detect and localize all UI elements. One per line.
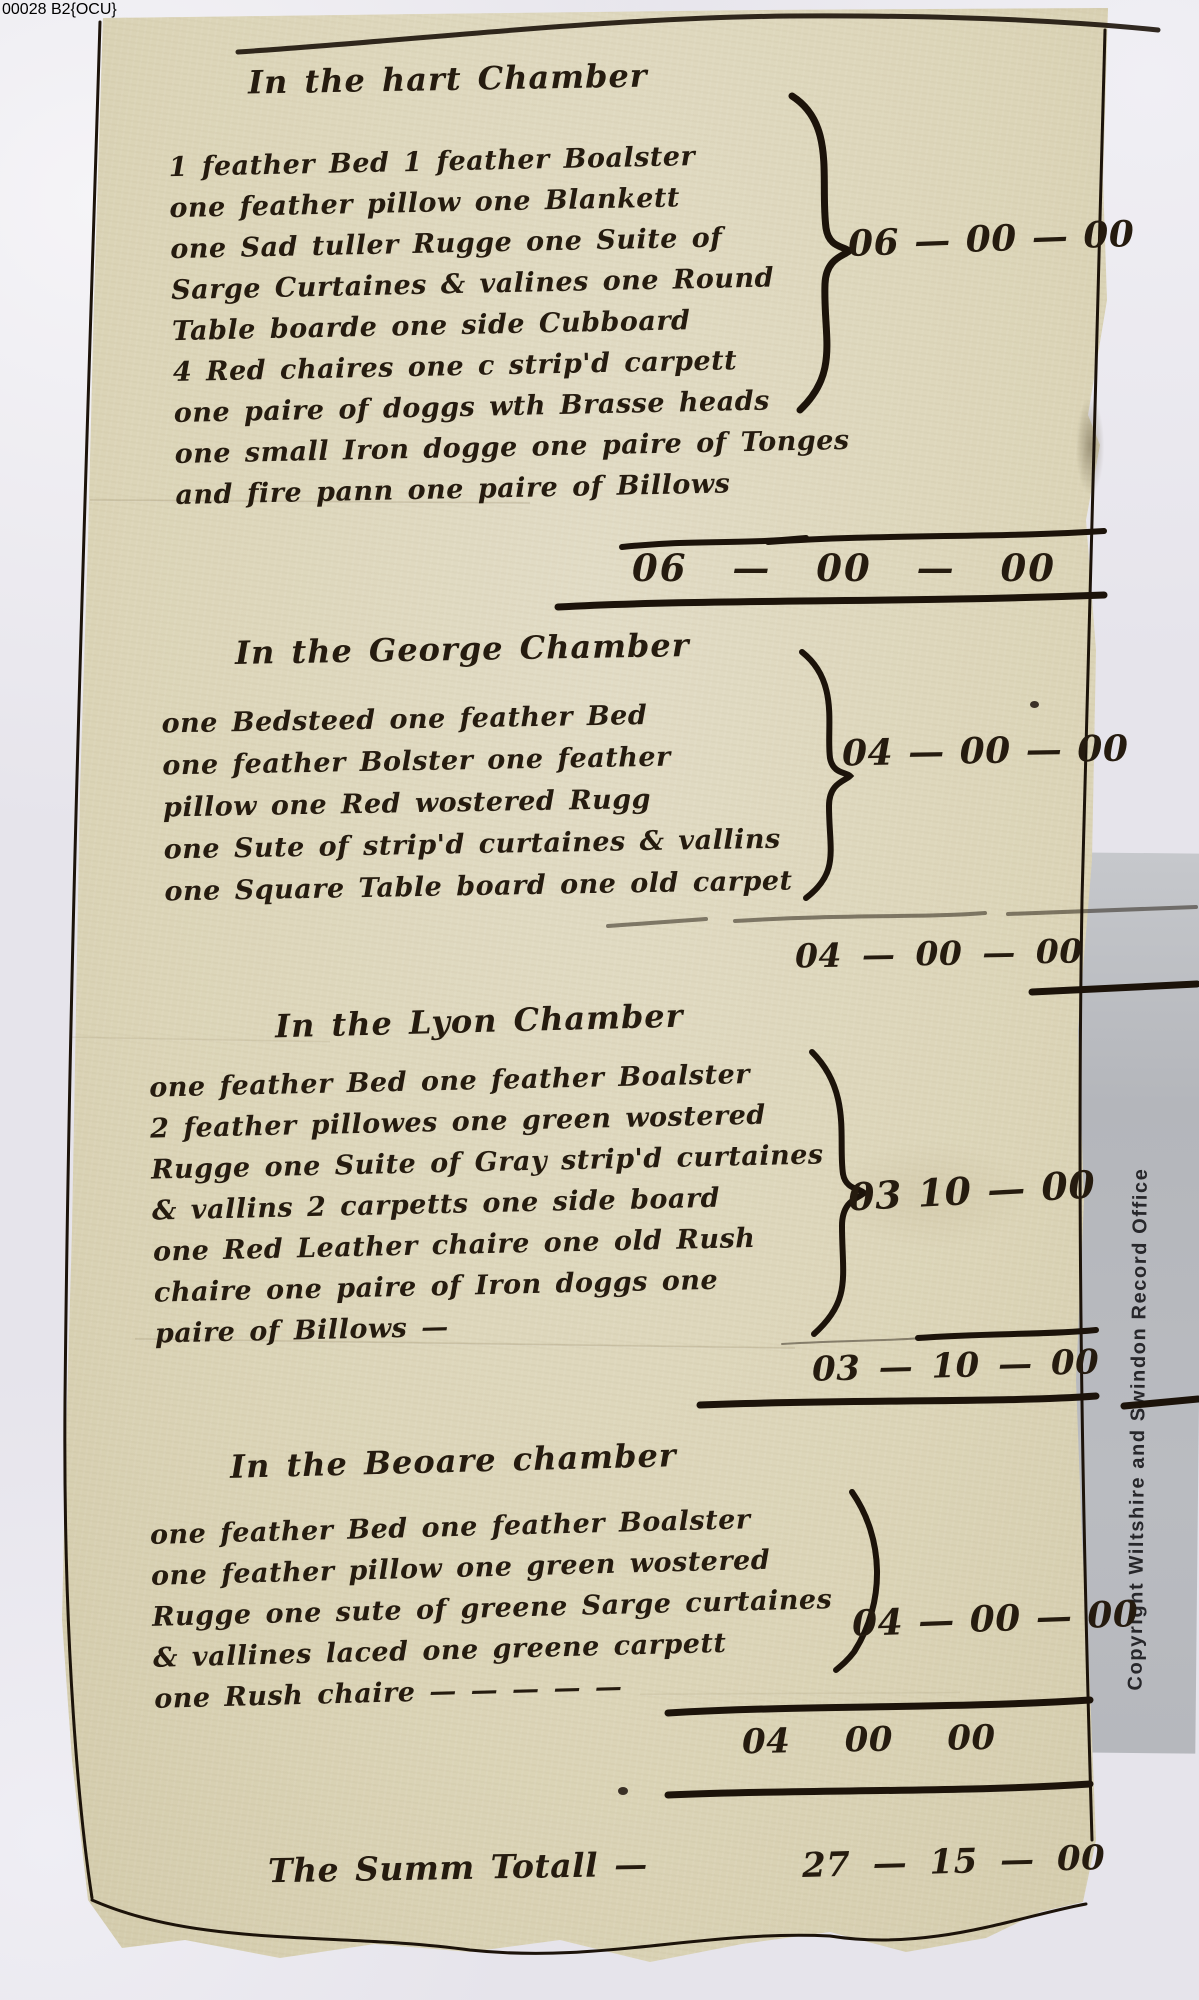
section-heading-hart: In the hart Chamber [248, 57, 648, 102]
subtotal-value-beoare: 04 00 00 [742, 1718, 996, 1762]
ink-rule-top [238, 16, 1158, 52]
section-lines-george: one Bedsteed one feather Bed one feather… [161, 693, 793, 914]
subtotal-value-george: 04 — 00 — 00 [795, 931, 1083, 975]
section-lines-beoare: one feather Bed one feather Boalster one… [149, 1497, 835, 1720]
ink-rule-subtotal3-top [918, 1330, 1096, 1338]
section-lines-lyon: one feather Bed one feather Boalster 2 f… [149, 1052, 828, 1354]
brace-mark-george [802, 652, 850, 898]
grand-total-label: The Summ Totall — [268, 1845, 648, 1891]
amount-value-george: 04 — 00 — 00 [842, 728, 1129, 775]
ink-rule-subtotal2-top [608, 907, 1196, 926]
ink-rule-beoare-topright [1124, 1399, 1198, 1406]
section-lines-hart: 1 feather Bed 1 feather Boalster one fea… [168, 133, 851, 516]
subtotal-value-hart: 06 — 00 — 00 [632, 546, 1056, 590]
section-heading-george: In the George Chamber [235, 626, 690, 672]
paper-right-edge [1080, 30, 1105, 1840]
scanned-inventory-document: 00028 B2{OCU} Copyright Wiltshire and Sw… [0, 0, 1199, 2000]
grand-total-value: 27 — 15 — 00 [802, 1838, 1106, 1886]
ink-rule-subtotal1-top2 [768, 531, 1104, 542]
ink-rule-lyon-topright [1032, 984, 1197, 992]
ink-rule-subtotal4-bottom [668, 1784, 1090, 1795]
archive-reference-label: 00028 B2{OCU} [2, 1, 117, 19]
ink-rule-subtotal1-bottom [558, 595, 1104, 607]
paper-left-edge [65, 22, 100, 1898]
subtotal-value-lyon: 03 — 10 — 00 [812, 1342, 1100, 1390]
paper-torn-bottom-edge [92, 1900, 1086, 1953]
ink-rule-subtotal3-bottom [700, 1396, 1096, 1405]
